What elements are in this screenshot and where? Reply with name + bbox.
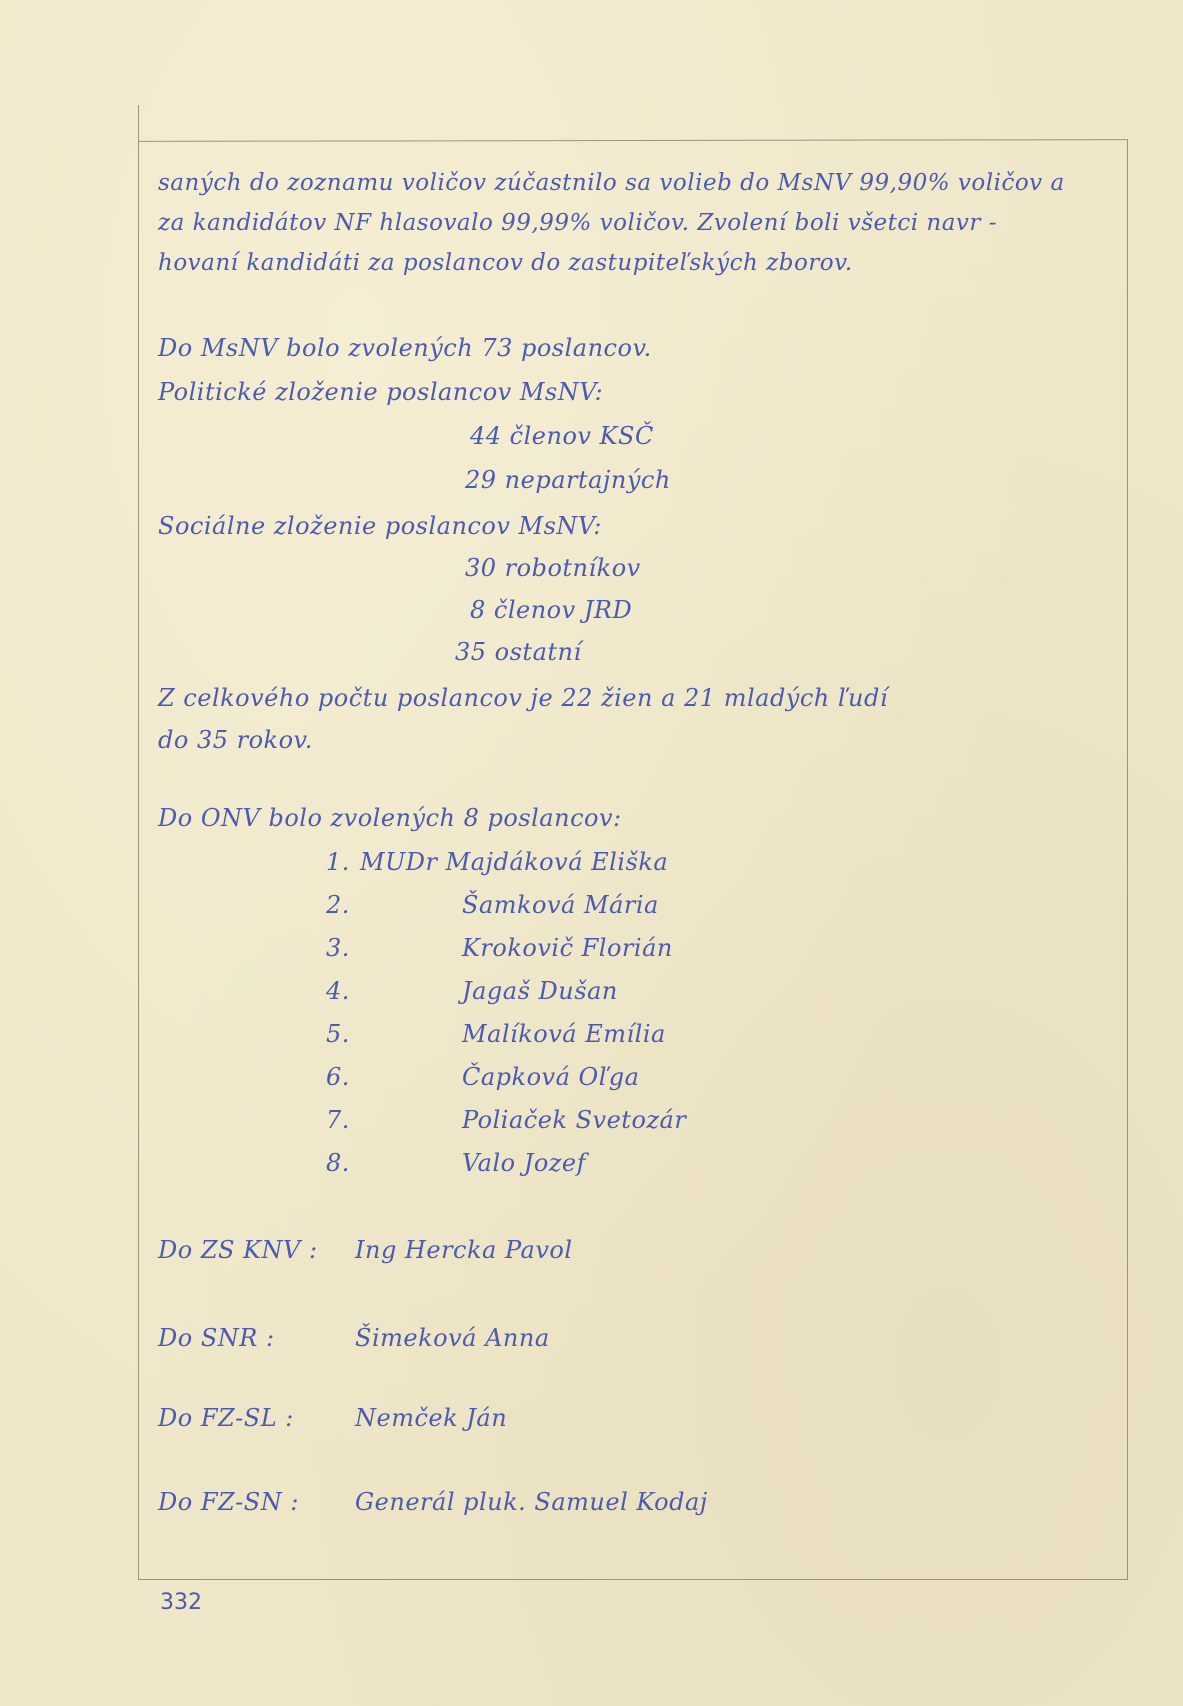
onv-member-name: Čapková Oľga (462, 1065, 639, 1089)
body-label: Do FZ-SL : (158, 1406, 294, 1430)
msnv-political-item: 44 členov KSČ (470, 424, 654, 448)
frame-bottom-rule (138, 1579, 1128, 1580)
onv-member-number: 8. (326, 1151, 350, 1175)
msnv-summary-line-2: do 35 rokov. (158, 728, 313, 752)
onv-member-number: 7. (326, 1108, 350, 1132)
onv-member-number: 3. (326, 936, 350, 960)
body-label: Do ZS KNV : (158, 1238, 318, 1262)
body-label: Do FZ-SN : (158, 1490, 299, 1514)
intro-line-3: hovaní kandidáti za poslancov do zastupi… (158, 252, 853, 275)
frame-left-rule (138, 105, 139, 1580)
onv-member-number: 2. (326, 893, 350, 917)
onv-heading: Do ONV bolo zvolených 8 poslancov: (158, 806, 622, 830)
msnv-summary-line-1: Z celkového počtu poslancov je 22 žien a… (158, 686, 888, 710)
onv-member-name: Valo Jozef (462, 1151, 586, 1175)
onv-member-name: Malíková Emília (462, 1022, 666, 1046)
body-member-name: Šimeková Anna (355, 1326, 550, 1350)
msnv-social-heading: Sociálne zloženie poslancov MsNV: (158, 514, 602, 538)
intro-line-1: saných do zoznamu voličov zúčastnilo sa … (158, 172, 1065, 195)
msnv-political-item: 29 nepartajných (465, 468, 671, 492)
onv-member-name: Šamková Mária (462, 893, 659, 917)
intro-line-2: za kandidátov NF hlasovalo 99,99% voličo… (158, 212, 997, 235)
msnv-heading: Do MsNV bolo zvolených 73 poslancov. (158, 336, 652, 360)
onv-member-number: 6. (326, 1065, 350, 1089)
onv-member-name: Krokovič Florián (462, 936, 673, 960)
msnv-social-item: 8 členov JRD (470, 598, 632, 622)
onv-member-name: Jagaš Dušan (462, 979, 618, 1003)
msnv-social-item: 35 ostatní (455, 640, 582, 664)
msnv-social-item: 30 robotníkov (465, 556, 641, 580)
onv-member-number: 4. (326, 979, 350, 1003)
onv-member-name: Poliaček Svetozár (462, 1108, 686, 1132)
frame-right-rule (1127, 140, 1128, 1580)
body-member-name: Ing Hercka Pavol (355, 1238, 573, 1262)
body-member-name: Generál pluk. Samuel Kodaj (355, 1490, 708, 1514)
onv-member-name: MUDr Majdáková Eliška (360, 850, 668, 874)
onv-member-number: 5. (326, 1022, 350, 1046)
frame-top-rule (138, 139, 1128, 142)
msnv-political-heading: Politické zloženie poslancov MsNV: (158, 380, 603, 404)
body-label: Do SNR : (158, 1326, 275, 1350)
onv-member-number: 1. (326, 850, 350, 874)
body-member-name: Nemček Ján (355, 1406, 507, 1430)
page-number: 332 (160, 1590, 202, 1615)
